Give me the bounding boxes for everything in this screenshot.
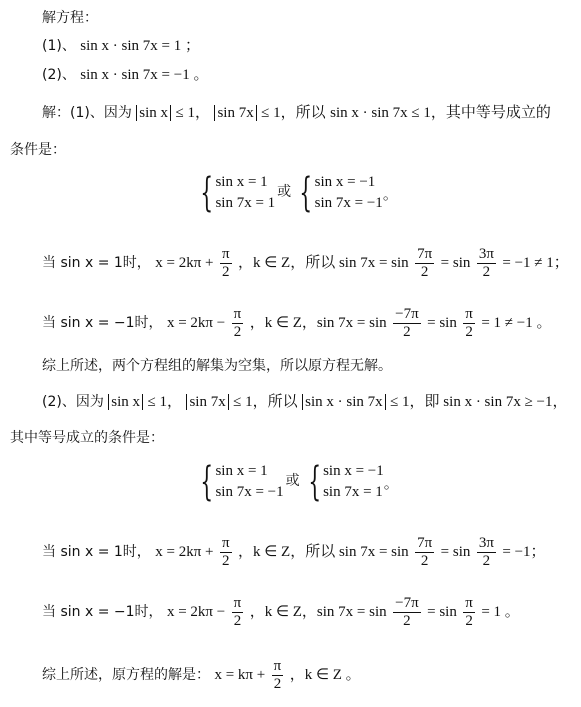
system-row: sin x = 1 <box>215 172 275 193</box>
text: = −1； <box>502 544 545 560</box>
period: 。 <box>383 183 398 204</box>
text: 当 sin x = −1时， <box>42 315 163 331</box>
text: ，k ∈ Z，sin 7x = sin <box>250 604 387 620</box>
problem-1: (1)、 sin x · sin 7x = 1 ； <box>42 36 200 56</box>
text: ≤ 1， <box>148 394 182 410</box>
text: ≤ 1，所以 <box>261 105 325 121</box>
problem-label: (1)、 <box>42 38 76 54</box>
part1-intro: 解：(1)、因为 sin x ≤ 1， sin 7x ≤ 1，所以 sin x … <box>42 103 551 123</box>
brace-icon: { <box>200 173 213 213</box>
brace-icon: { <box>200 462 213 502</box>
system-row: sin 7x = 1 <box>215 193 275 214</box>
part1-case2: 当 sin x = −1时， x = 2kπ − π2 ，k ∈ Z，sin 7… <box>42 304 551 342</box>
fraction: 3π2 <box>477 535 496 570</box>
part2-condition: 其中等号成立的条件是： <box>10 428 164 448</box>
or-label: 或 <box>286 470 300 490</box>
text: = sin <box>441 255 471 271</box>
or-label: 或 <box>277 181 291 201</box>
title: 解方程： <box>42 8 98 28</box>
system-row: sin 7x = 1 <box>323 482 384 503</box>
system-a: sin x = 1 sin 7x = 1 <box>215 172 275 214</box>
text: ，k ∈ Z，所以 sin 7x = sin <box>238 544 409 560</box>
fraction: 7π2 <box>415 246 434 281</box>
part1-conclusion: 综上所述，两个方程组的解集为空集，所以原方程无解。 <box>42 356 392 376</box>
system-b: sin x = −1 sin 7x = −1 <box>315 172 383 214</box>
system-row: sin x = −1 <box>323 461 384 482</box>
text: = 1 。 <box>481 604 519 620</box>
system-a: sin x = 1 sin 7x = −1 <box>215 461 283 503</box>
abs-value: sin 7x <box>186 394 228 410</box>
text: ，k ∈ Z 。 <box>290 667 361 683</box>
text: ，k ∈ Z，sin 7x = sin <box>250 315 387 331</box>
abs-value: sin x <box>136 105 171 121</box>
fraction: π2 <box>272 658 284 693</box>
fraction: 3π2 <box>477 246 496 281</box>
brace-icon: { <box>300 173 313 213</box>
text: 当 sin x = −1时， <box>42 604 163 620</box>
fraction: π2 <box>220 246 232 281</box>
part2-conclusion: 综上所述，原方程的解是： x = kπ + π2 ，k ∈ Z 。 <box>42 656 361 694</box>
text: 当 sin x = 1时， <box>42 255 151 271</box>
part2-systems: { sin x = 1 sin 7x = −1 或 { sin x = −1 s… <box>194 461 399 503</box>
text: = 1 ≠ −1 。 <box>481 315 551 331</box>
system-row: sin x = −1 <box>315 172 383 193</box>
part2-case1: 当 sin x = 1时， x = 2kπ + π2 ，k ∈ Z，所以 sin… <box>42 533 546 571</box>
abs-value: sin x <box>108 394 143 410</box>
system-row: sin 7x = −1 <box>315 193 383 214</box>
text: = sin <box>427 315 457 331</box>
system-row: sin 7x = −1 <box>215 482 283 503</box>
fraction: −7π2 <box>393 306 421 341</box>
text: sin x · sin 7x ≤ 1，其中等号成立的 <box>330 105 551 121</box>
fraction: π2 <box>220 535 232 570</box>
text: ≤ 1， <box>176 105 210 121</box>
abs-value: sin 7x <box>214 105 256 121</box>
part2-case2: 当 sin x = −1时， x = 2kπ − π2 ，k ∈ Z，sin 7… <box>42 593 520 631</box>
fraction: π2 <box>463 595 475 630</box>
text: 当 sin x = 1时， <box>42 544 151 560</box>
text: x = kπ + <box>214 667 265 683</box>
part1-condition: 条件是： <box>10 140 66 160</box>
fraction: π2 <box>232 306 244 341</box>
part2-intro: (2)、因为 sin x ≤ 1， sin 7x ≤ 1，所以 sin x · … <box>42 392 568 412</box>
brace-icon: { <box>308 462 321 502</box>
problem-equation: sin x · sin 7x = −1 。 <box>80 67 208 83</box>
text: ≤ 1，所以 <box>233 394 297 410</box>
period: 。 <box>384 472 399 493</box>
text: 解：(1)、因为 <box>42 105 132 121</box>
text: x = 2kπ + <box>155 255 213 271</box>
text: ，k ∈ Z，所以 sin 7x = sin <box>238 255 409 271</box>
problem-equation: sin x · sin 7x = 1 ； <box>80 38 200 54</box>
fraction: −7π2 <box>393 595 421 630</box>
part1-systems: { sin x = 1 sin 7x = 1 或 { sin x = −1 si… <box>194 172 398 214</box>
fraction: π2 <box>232 595 244 630</box>
text: = sin <box>427 604 457 620</box>
part1-case1: 当 sin x = 1时， x = 2kπ + π2 ，k ∈ Z，所以 sin… <box>42 244 569 282</box>
fraction: π2 <box>463 306 475 341</box>
system-row: sin x = 1 <box>215 461 283 482</box>
text: x = 2kπ + <box>155 544 213 560</box>
problem-2: (2)、 sin x · sin 7x = −1 。 <box>42 65 208 85</box>
abs-value: sin x · sin 7x <box>302 394 386 410</box>
problem-label: (2)、 <box>42 67 76 83</box>
text: x = 2kπ − <box>167 315 225 331</box>
text: (2)、因为 <box>42 394 104 410</box>
system-b: sin x = −1 sin 7x = 1 <box>323 461 384 503</box>
text: x = 2kπ − <box>167 604 225 620</box>
text: 综上所述，原方程的解是： <box>42 667 210 683</box>
text: = sin <box>441 544 471 560</box>
fraction: 7π2 <box>415 535 434 570</box>
text: ≤ 1，即 sin x · sin 7x ≥ −1， <box>390 394 567 410</box>
text: = −1 ≠ 1； <box>502 255 568 271</box>
